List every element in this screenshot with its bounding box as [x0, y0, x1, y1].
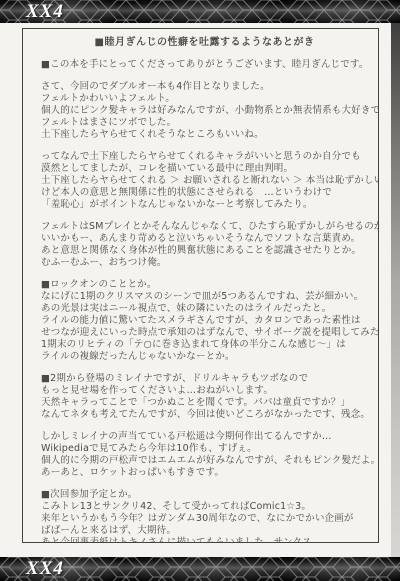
header-logo: XX4 — [26, 0, 64, 23]
paragraph: フェルトはSMプレイとかそんなんじゃなくて、ひたすら恥ずかしがらせるのがいいかも… — [41, 221, 368, 269]
text-line: 土下座したらヤらせてくれる ＞ お願いされると断れない ＞ 本当は恥ずかしい — [41, 175, 368, 187]
paragraph: ってなんで土下座したらヤらせてくれるキャラがいいと思うのか自分でも漠然としてまし… — [41, 151, 368, 211]
text-line: 来年というかもう今年？はガンダム30周年なので、なにかでかい企画が — [41, 513, 368, 525]
paragraph: ■2期から登場のミレイナですが、ドリルキャラもツボなのでもっと見せ場を作ってくだ… — [41, 373, 368, 421]
text-line: フェルトはまさにツボでした。 — [41, 117, 368, 129]
text-line: 「羞恥心」がポイントなんじゃないかなーと考察してみたり。 — [41, 199, 368, 211]
paragraph: ■ロックオンのこととか。なにげに1期のクリスマスのシーンで皿が5つあるんですね、… — [41, 279, 368, 363]
paragraph: ■次回参加予定とか。こみトレ13とサンクリ42、そして受かってればComic1☆… — [41, 489, 368, 543]
text-line: 天然キャラってことで「つかぬことを聞くです。パパは童貞ですか？」 — [41, 397, 368, 409]
text-line: いいかもー、あんまり苛めると泣いちゃいそうなんでソフトな言葉責め。 — [41, 233, 368, 245]
text-line: なんてネタも考えてたんですが、今回は使いどころがなかったです、残念。 — [41, 409, 368, 421]
header-band: XX4 — [0, 0, 400, 23]
text-line: Wikipediaで見てみたら今年は10作も、すげぇ。 — [41, 443, 368, 455]
text-line: 漠然としてましたが、コレを描いている最中に理由判明。 — [41, 163, 368, 175]
text-line: さて、今回のでダブルオー本も4作目となりました。 — [41, 81, 368, 93]
text-line: 個人的にピンク髪キャラは好みなんですが、小動物系とか無表情系も大好きです。 — [41, 105, 368, 117]
text-line: しかしミレイナの声当てている戸松遥は今期何作出てるんですか… — [41, 431, 368, 443]
text-line: むふーむふー、おちつけ俺。 — [41, 257, 368, 269]
text-line: せつなが迎えにいった時点で承知のはずなんで、サイボーグ説を提唱してみたり。 — [41, 327, 368, 339]
text-line: フェルトかわいいよフェルト。 — [41, 93, 368, 105]
paragraph: しかしミレイナの声当てている戸松遥は今期何作出てるんですか…Wikipediaで… — [41, 431, 368, 479]
text-line: ライルの複線だったんじゃないかなーとか。 — [41, 351, 368, 363]
afterword-box: ■睦月ぎんじの性癖を吐露するようなあとがき ■この本を手にとってくださってありが… — [22, 28, 379, 543]
text-line: ライルの能力値に驚いてたスメラギさんですが、カタロンであった素性は — [41, 315, 368, 327]
text-line: ■この本を手にとってくださってありがとうございます、睦月ぎんじです。 — [41, 59, 368, 71]
text-line: ばばーんと来るはず、大期待。 — [41, 525, 368, 537]
text-line: ■2期から登場のミレイナですが、ドリルキャラもツボなので — [41, 373, 368, 385]
afterword-paragraphs: ■この本を手にとってくださってありがとうございます、睦月ぎんじです。さて、今回の… — [41, 59, 368, 543]
text-line: あの光景は実はニール視点で、妹の隣にいたのはライルだったと。 — [41, 303, 368, 315]
paragraph: さて、今回のでダブルオー本も4作目となりました。フェルトかわいいよフェルト。個人… — [41, 81, 368, 141]
text-line: なにげに1期のクリスマスのシーンで皿が5つあるんですね、芸が細かい。 — [41, 291, 368, 303]
text-line: フェルトはSMプレイとかそんなんじゃなくて、ひたすら恥ずかしがらせるのが — [41, 221, 368, 233]
page-edge-shadow — [391, 23, 400, 557]
text-line: 1期末のリヒティの「テ○に巻き込まれて身体の半分こんな感じ〜」は — [41, 339, 368, 351]
text-line: もっと見せ場を作ってくださいよ…おねがいします。 — [41, 385, 368, 397]
text-line: あと意思と関係なく身体が性的興奮状態にあることを認識させたりとか。 — [41, 245, 368, 257]
text-line: けど本人の意思と無関係に性的状態にさせられる …というわけで — [41, 187, 368, 199]
text-line: あと今回裏表紙はトキノさんに描いてもらいました、サンクス。 — [41, 537, 368, 543]
paragraph: ■この本を手にとってくださってありがとうございます、睦月ぎんじです。 — [41, 59, 368, 71]
footer-band: XX4 — [0, 557, 400, 581]
text-line: 土下座したらヤらせてくれそうなところもいいね。 — [41, 129, 368, 141]
afterword-title: ■睦月ぎんじの性癖を吐露するようなあとがき — [41, 37, 368, 49]
text-line: こみトレ13とサンクリ42、そして受かってればComic1☆3。 — [41, 501, 368, 513]
text-line: 個人的に今期の戸松声ではエムエムが好みなんですが、それもピンク髪だよ。 — [41, 455, 368, 467]
text-line: ■次回参加予定とか。 — [41, 489, 368, 501]
text-line: あーあと、ロケットおっぱいもすきです。 — [41, 467, 368, 479]
text-line: ■ロックオンのこととか。 — [41, 279, 368, 291]
footer-logo: XX4 — [26, 557, 64, 581]
text-line: ってなんで土下座したらヤらせてくれるキャラがいいと思うのか自分でも — [41, 151, 368, 163]
